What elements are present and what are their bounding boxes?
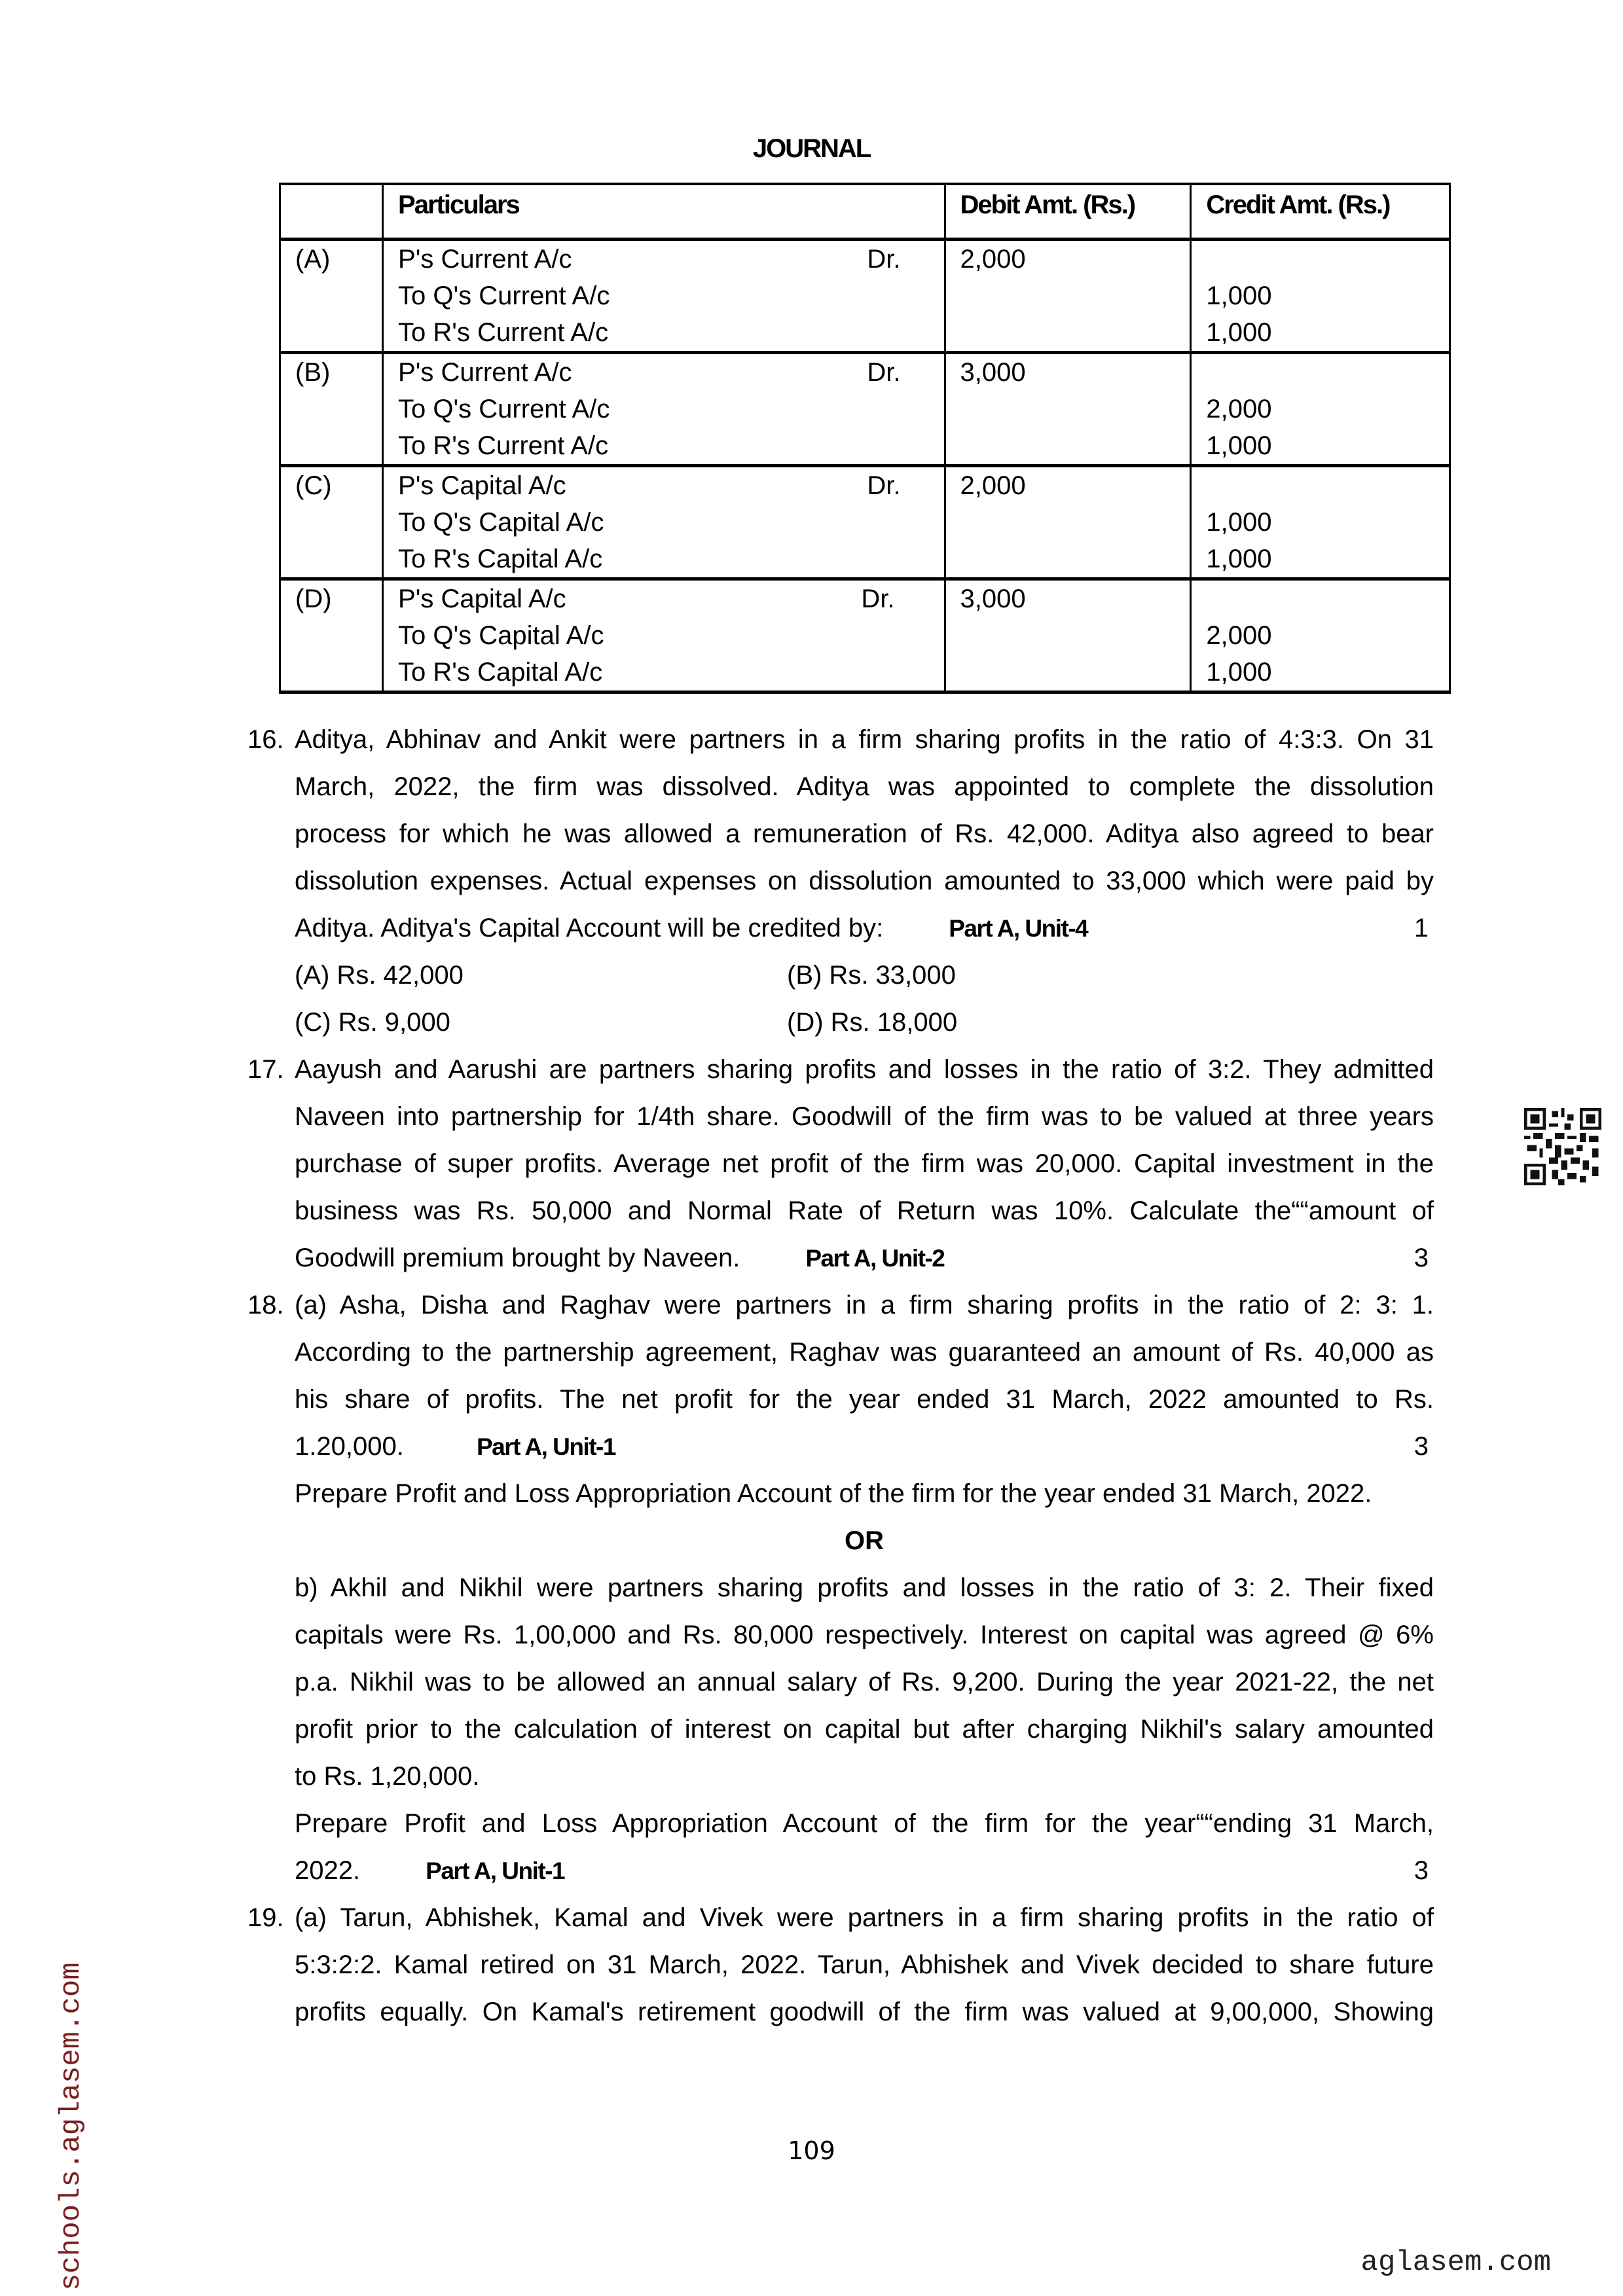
question-text-line: Aditya, Abhinav and Ankit were partners … xyxy=(295,716,1434,763)
options-row: (C) Rs. 9,000(D) Rs. 18,000 xyxy=(295,999,1434,1046)
entry-credit: 2,0001,000 xyxy=(1191,579,1450,692)
watermark-side: schools.aglasem.com xyxy=(55,1962,88,2291)
entry-debit: 3,000 xyxy=(945,353,1191,466)
question-number: 16. xyxy=(247,716,284,763)
credit-account: To Q's Capital A/c xyxy=(398,504,944,541)
dr-label: Dr. xyxy=(861,581,894,617)
question-19: 19. (a) Tarun, Abhishek, Kamal and Vivek… xyxy=(247,1894,1434,2036)
debit-account: P's Capital A/c xyxy=(398,471,566,500)
header-ref xyxy=(280,184,383,240)
entry-credit: 1,0001,000 xyxy=(1191,240,1450,353)
page-number: 109 xyxy=(0,2136,1623,2165)
journal-entry-c: (C) P's Capital A/cDr. To Q's Capital A/… xyxy=(280,466,1450,579)
option-c: (C) Rs. 9,000 xyxy=(295,999,787,1046)
table-row: (A) P's Current A/cDr. To Q's Current A/… xyxy=(280,240,1450,353)
journal-title: JOURNAL xyxy=(0,134,1623,164)
header-particulars: Particulars xyxy=(383,184,945,240)
question-text-line: 1.20,000. Part A, Unit-1 3 xyxy=(295,1423,1434,1470)
watermark-corner: aglasem.com xyxy=(1361,2246,1551,2279)
question-number: 19. xyxy=(247,1894,284,1941)
question-text-line: Aditya. Aditya's Capital Account will be… xyxy=(295,905,1434,952)
question-text-line: dissolution expenses. Actual expenses on… xyxy=(295,857,1434,905)
entry-credit: 2,0001,000 xyxy=(1191,353,1450,466)
credit-account: To Q's Current A/c xyxy=(398,391,944,427)
journal-table: Particulars Debit Amt. (Rs.) Credit Amt.… xyxy=(279,183,1451,694)
credit-account: To R's Current A/c xyxy=(398,427,944,464)
journal-entry-d: (D) P's Capital A/cDr. To Q's Capital A/… xyxy=(280,579,1450,692)
question-text-line: b) Akhil and Nikhil were partners sharin… xyxy=(295,1564,1434,1611)
entry-particulars: P's Current A/cDr. To Q's Current A/c To… xyxy=(383,353,945,466)
question-16: 16. Aditya, Abhinav and Ankit were partn… xyxy=(247,716,1434,1046)
entry-debit: 3,000 xyxy=(945,579,1191,692)
entry-debit: 2,000 xyxy=(945,466,1191,579)
unit-tag: Part A, Unit-1 xyxy=(477,1433,615,1460)
or-separator: OR xyxy=(295,1517,1434,1564)
entry-ref: (D) xyxy=(280,579,383,692)
question-text-line: Aayush and Aarushi are partners sharing … xyxy=(295,1046,1434,1093)
question-17: 17. Aayush and Aarushi are partners shar… xyxy=(247,1046,1434,1282)
entry-particulars: P's Capital A/cDr. To Q's Capital A/c To… xyxy=(383,579,945,692)
question-instruction: Prepare Profit and Loss Appropriation Ac… xyxy=(295,1470,1434,1517)
marks: 3 xyxy=(1414,1423,1429,1470)
entry-particulars: P's Capital A/cDr. To Q's Capital A/c To… xyxy=(383,466,945,579)
credit-account: To R's Capital A/c xyxy=(398,654,944,691)
entry-ref: (C) xyxy=(280,466,383,579)
question-text-line: (a) Tarun, Abhishek, Kamal and Vivek wer… xyxy=(295,1894,1434,1941)
credit-account: To Q's Capital A/c xyxy=(398,617,944,654)
entry-credit: 1,0001,000 xyxy=(1191,466,1450,579)
marks: 3 xyxy=(1414,1234,1429,1282)
question-text-line: his share of profits. The net profit for… xyxy=(295,1376,1434,1423)
debit-account: P's Current A/c xyxy=(398,358,572,387)
dr-label: Dr. xyxy=(867,467,900,504)
question-18: 18. (a) Asha, Disha and Raghav were part… xyxy=(247,1282,1434,1894)
question-text-line: Naveen into partnership for 1/4th share.… xyxy=(295,1093,1434,1140)
question-text-line: 2022. Part A, Unit-1 3 xyxy=(295,1847,1434,1894)
question-number: 17. xyxy=(247,1046,284,1093)
entry-ref: (A) xyxy=(280,240,383,353)
debit-account: P's Current A/c xyxy=(398,245,572,274)
questions: 16. Aditya, Abhinav and Ankit were partn… xyxy=(247,716,1434,2036)
credit-account: To Q's Current A/c xyxy=(398,278,944,314)
entry-ref: (B) xyxy=(280,353,383,466)
unit-tag: Part A, Unit-1 xyxy=(426,1857,564,1884)
unit-tag: Part A, Unit-4 xyxy=(949,915,1087,942)
journal-header-row: Particulars Debit Amt. (Rs.) Credit Amt.… xyxy=(280,184,1450,240)
table-row: (B) P's Current A/cDr. To Q's Current A/… xyxy=(280,353,1450,466)
question-instruction: Prepare Profit and Loss Appropriation Ac… xyxy=(295,1800,1434,1847)
option-a: (A) Rs. 42,000 xyxy=(295,952,787,999)
unit-tag: Part A, Unit-2 xyxy=(805,1245,944,1272)
question-text-line: profits equally. On Kamal's retirement g… xyxy=(295,1988,1434,2036)
option-b: (B) Rs. 33,000 xyxy=(787,952,1279,999)
question-text-line: business was Rs. 50,000 and Normal Rate … xyxy=(295,1187,1434,1234)
table-row: (C) P's Capital A/cDr. To Q's Capital A/… xyxy=(280,466,1450,579)
debit-account: P's Capital A/c xyxy=(398,584,566,613)
question-text-line: Goodwill premium brought by Naveen. Part… xyxy=(295,1234,1434,1282)
question-text-line: process for which he was allowed a remun… xyxy=(295,810,1434,857)
question-text-line: (a) Asha, Disha and Raghav were partners… xyxy=(295,1282,1434,1329)
question-text-line: capitals were Rs. 1,00,000 and Rs. 80,00… xyxy=(295,1611,1434,1659)
header-debit: Debit Amt. (Rs.) xyxy=(945,184,1191,240)
question-number: 18. xyxy=(247,1282,284,1329)
question-text-line: p.a. Nikhil was to be allowed an annual … xyxy=(295,1659,1434,1706)
dr-label: Dr. xyxy=(867,354,900,391)
question-text-line: purchase of super profits. Average net p… xyxy=(295,1140,1434,1187)
header-credit: Credit Amt. (Rs.) xyxy=(1191,184,1450,240)
question-text-line: profit prior to the calculation of inter… xyxy=(295,1706,1434,1753)
entry-debit: 2,000 xyxy=(945,240,1191,353)
entry-particulars: P's Current A/cDr. To Q's Current A/c To… xyxy=(383,240,945,353)
question-text-line: March, 2022, the firm was dissolved. Adi… xyxy=(295,763,1434,810)
credit-account: To R's Current A/c xyxy=(398,314,944,351)
credit-account: To R's Capital A/c xyxy=(398,541,944,577)
question-text-line: to Rs. 1,20,000. xyxy=(295,1753,1434,1800)
journal-entry-b: (B) P's Current A/cDr. To Q's Current A/… xyxy=(280,353,1450,466)
table-row: (D) P's Capital A/cDr. To Q's Capital A/… xyxy=(280,579,1450,692)
question-text-line: According to the partnership agreement, … xyxy=(295,1329,1434,1376)
marks: 3 xyxy=(1414,1847,1429,1894)
journal-entry-a: (A) P's Current A/cDr. To Q's Current A/… xyxy=(280,240,1450,353)
marks: 1 xyxy=(1414,905,1429,952)
qr-code-icon xyxy=(1524,1108,1601,1185)
question-text-line: 5:3:2:2. Kamal retired on 31 March, 2022… xyxy=(295,1941,1434,1988)
option-d: (D) Rs. 18,000 xyxy=(787,999,1279,1046)
options-row: (A) Rs. 42,000(B) Rs. 33,000 xyxy=(295,952,1434,999)
dr-label: Dr. xyxy=(867,241,900,278)
